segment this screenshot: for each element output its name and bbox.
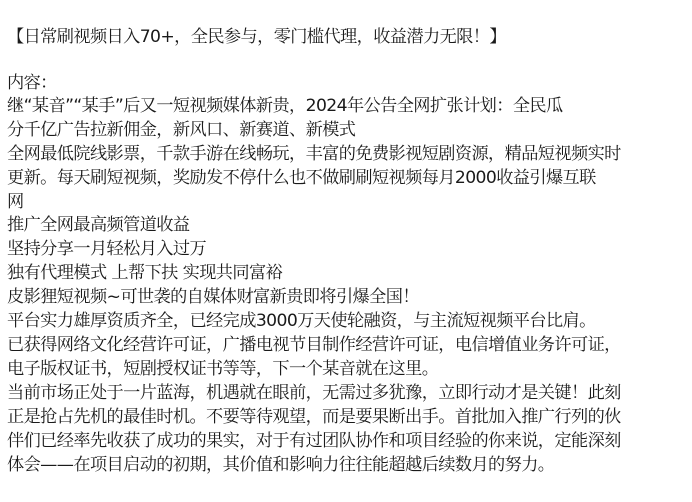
paragraph-line: 已获得网络文化经营许可证，广播电视节目制作经营许可证，电信增值业务许可证，: [7, 334, 621, 356]
paragraph-line: 伴们已经率先收获了成功的果实，对于有过团队协作和项目经验的你来说，定能深刻: [7, 430, 621, 452]
paragraph-line: 网: [7, 191, 24, 213]
paragraph-line: 平台实力雄厚资质齐全，已经完成3000万天使轮融资，与主流短视频平台比肩。: [7, 310, 596, 332]
paragraph-line: 全网最低院线影票，千款手游在线畅玩，丰富的免费影视短剧资源，精品短视频实时: [7, 143, 621, 165]
paragraph-line: 更新。每天刷短视频，奖励发不停什么也不做刷刷短视频每月2000收益引爆互联: [7, 167, 596, 189]
document-title: 【日常刷视频日入70+，全民参与，零门槛代理，收益潜力无限！】: [7, 26, 506, 48]
paragraph-line: 坚持分享一月轻松月入过万: [7, 238, 206, 260]
paragraph-line: 分千亿广告拉新佣金，新风口、新赛道、新模式: [7, 119, 355, 141]
paragraph-line: 皮影狸短视频~可世袭的自媒体财富新贵即将引爆全国！: [7, 286, 419, 308]
paragraph-line: 正是抢占先机的最佳时机。不要等待观望，而是要果断出手。首批加入推广行列的伙: [7, 406, 621, 428]
paragraph-line: 独有代理模式 上帮下扶 实现共同富裕: [7, 262, 282, 284]
paragraph-line: 继“某音”“某手”后又一短视频媒体新贵，2024年公告全网扩张计划：全民瓜: [7, 95, 563, 117]
content-label: 内容：: [7, 72, 57, 94]
paragraph-line: 体会——在项目启动的初期，其价值和影响力往往能超越后续数月的努力。: [7, 454, 554, 476]
paragraph-line: 当前市场正处于一片蓝海，机遇就在眼前，无需过多犹豫，立即行动才是关键！此刻: [7, 382, 621, 404]
paragraph-line: 电子版权证书，短剧授权证书等等，下一个某音就在这里。: [7, 358, 438, 380]
paragraph-line: 推广全网最高频管道收益: [7, 214, 189, 236]
